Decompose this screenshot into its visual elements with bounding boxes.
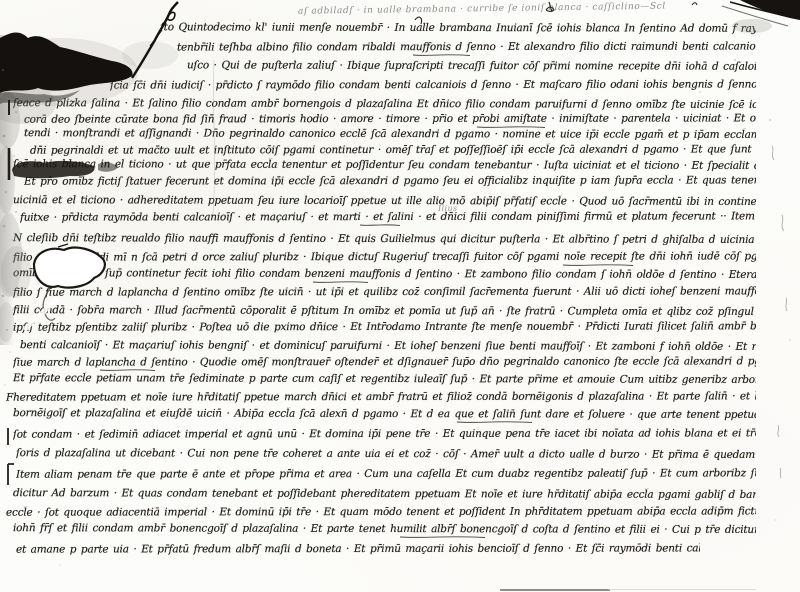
manuscript-line: eccl̃e · ſot quoque adiacentiā imperial̄…	[6, 505, 756, 521]
manuscript-line: ſot condam · et ſedimin̄ adiacet imperia…	[13, 427, 756, 443]
manuscript-line: tenbr̄ili teſhba albino filio condam rib…	[177, 40, 756, 56]
manuscript-line: benti calcanioīſ · Et maçariuſ iohis ben…	[20, 339, 756, 356]
manuscript-line: ipſiſ teſtibz pſentibz zaliiſ pluribz · …	[13, 320, 756, 336]
right-margin-marks	[772, 146, 787, 478]
manuscript-line: et amane p parte uia · Et pr̄fatū fredum…	[16, 542, 700, 558]
manuscript-line: ſto Quintodecimo kl' iunii menſe nouembr…	[160, 21, 756, 37]
ink-squiggle	[132, 2, 178, 78]
left-edge-shadow	[0, 35, 14, 345]
manuscript-scan-page: aſ adbiladſ · in ualle brambana · currib…	[0, 0, 800, 592]
manuscript-line: Et pr̄o omībz fictiſ ſtatuer fecerunt et…	[24, 174, 756, 190]
manuscript-line: ſcia ſc̄i dn̄i iudiciſ · pr̄dicto ſ raym…	[110, 78, 756, 94]
manuscript-line: uſco · Qui de puſterla zaliuſ · Ibique ſ…	[187, 59, 756, 75]
manuscript-line: corā deo ſbeinte cūrate bona fid ſin̄ fr…	[24, 112, 756, 128]
archivist-annotation: aſ adbiladſ · in ualle brambana · currib…	[298, 1, 688, 22]
manuscript-line: Et pr̄fate eccl̃e petiam unam tr̄e ſedim…	[13, 372, 756, 389]
manuscript-line: filii condā · ſobr̄a march̄ · Illud ſacr…	[13, 304, 756, 321]
margin-fragment: petia bugl̄	[13, 79, 75, 94]
manuscript-line: ſcē iohis blanca in el ticiono · ut que …	[13, 158, 756, 175]
manuscript-line: ſiue march̄ d laplancha d ſentino · Quod…	[13, 355, 756, 371]
scanner-edge-line-faint	[608, 589, 756, 590]
manuscript-line: filio ſ ſiue march̄ d laplancha d ſentin…	[13, 285, 756, 301]
margin-fragment: ſt condado	[0, 60, 58, 75]
manuscript-line: uiciniā et el ticiono · adhereditatem pp…	[13, 194, 756, 211]
manuscript-line: ſoris d plazaſalina ut dicebant · Cui no…	[16, 447, 756, 464]
manuscript-line: dn̄i pegrinaldi et ut mac̄to uult et inſ…	[30, 143, 756, 159]
manuscript-line: ſeace d plizka ſalina · Et ſalino filio …	[13, 97, 756, 114]
manuscript-line: omībz ſeu condā ſup̄ continetur fecit io…	[13, 267, 756, 284]
manuscript-line: bornēigoīſ et plazaſalina et eiuſdē uici…	[13, 407, 756, 424]
manuscript-line: Item aliam penam tr̄e que parte ē ante e…	[16, 467, 756, 483]
manuscript-line: iohn̄ fr̄ſ et filii condam ambr̄ bonencg…	[13, 522, 756, 539]
manuscript-line: dicitur Ad barzum · Et quas condam teneb…	[13, 487, 756, 504]
manuscript-line: N cleſiib dn̄i teſtibz reualdo filio nau…	[13, 232, 756, 249]
manuscript-line: Fhereditatem ppetuam et noīe iure hr̄dit…	[6, 390, 756, 406]
manuscript-line: tendi · monſtrandi et aſſignandi · Dn̄o …	[24, 127, 756, 144]
manuscript-line: filio condā rebaldi mī n ſcā petri d orc…	[13, 250, 756, 266]
scanner-edge-line	[500, 589, 610, 591]
manuscript-line: fuitxe · pr̄dicta raymōda benti calcanio…	[20, 210, 756, 226]
